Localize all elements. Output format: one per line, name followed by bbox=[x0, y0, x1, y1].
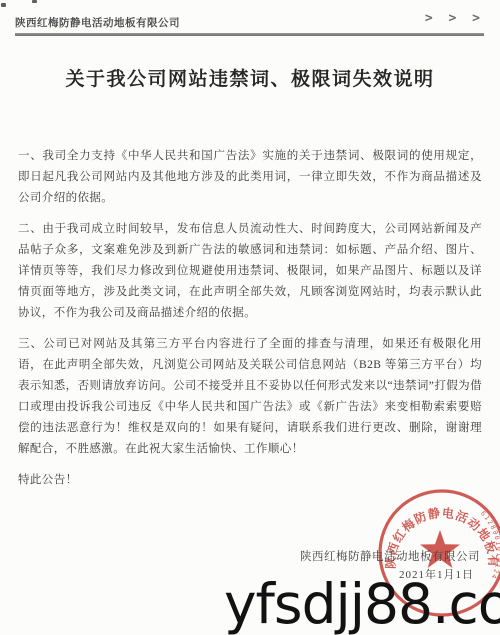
header-company-name: 陕西红梅防静电活动地板有限公司 bbox=[15, 15, 180, 30]
scan-speck bbox=[1, 3, 6, 7]
header-divider bbox=[15, 33, 484, 36]
paragraph-1: 一、我司全力支持《中华人民共和国广告法》实施的关于违禁词、极限词的使用规定，即日… bbox=[18, 146, 482, 209]
paragraph-2: 二、由于我司成立时间较早，发布信息人员流动性大、时间跨度大，公司网站新闻及产品帖… bbox=[18, 219, 482, 324]
page-title: 关于我公司网站违禁词、极限词失效说明 bbox=[0, 64, 500, 91]
document-body: 一、我司全力支持《中华人民共和国广告法》实施的关于违禁词、极限词的使用规定，即日… bbox=[18, 146, 482, 501]
website-watermark: yfsdjj88.com bbox=[224, 572, 500, 635]
signature-company-name: 陕西红梅防静电活动地板有限公司 bbox=[300, 548, 480, 564]
header-arrows-decoration: > > > bbox=[425, 11, 484, 26]
paragraph-3: 三、公司已对网站及其第三方平台内容进行了全面的排查与清理，如果还有极限化用语，在… bbox=[18, 334, 482, 460]
scan-speck bbox=[32, 0, 37, 3]
scanned-notice-document: 陕西红梅防静电活动地板有限公司 > > > 关于我公司网站违禁词、极限词失效说明… bbox=[0, 0, 500, 635]
